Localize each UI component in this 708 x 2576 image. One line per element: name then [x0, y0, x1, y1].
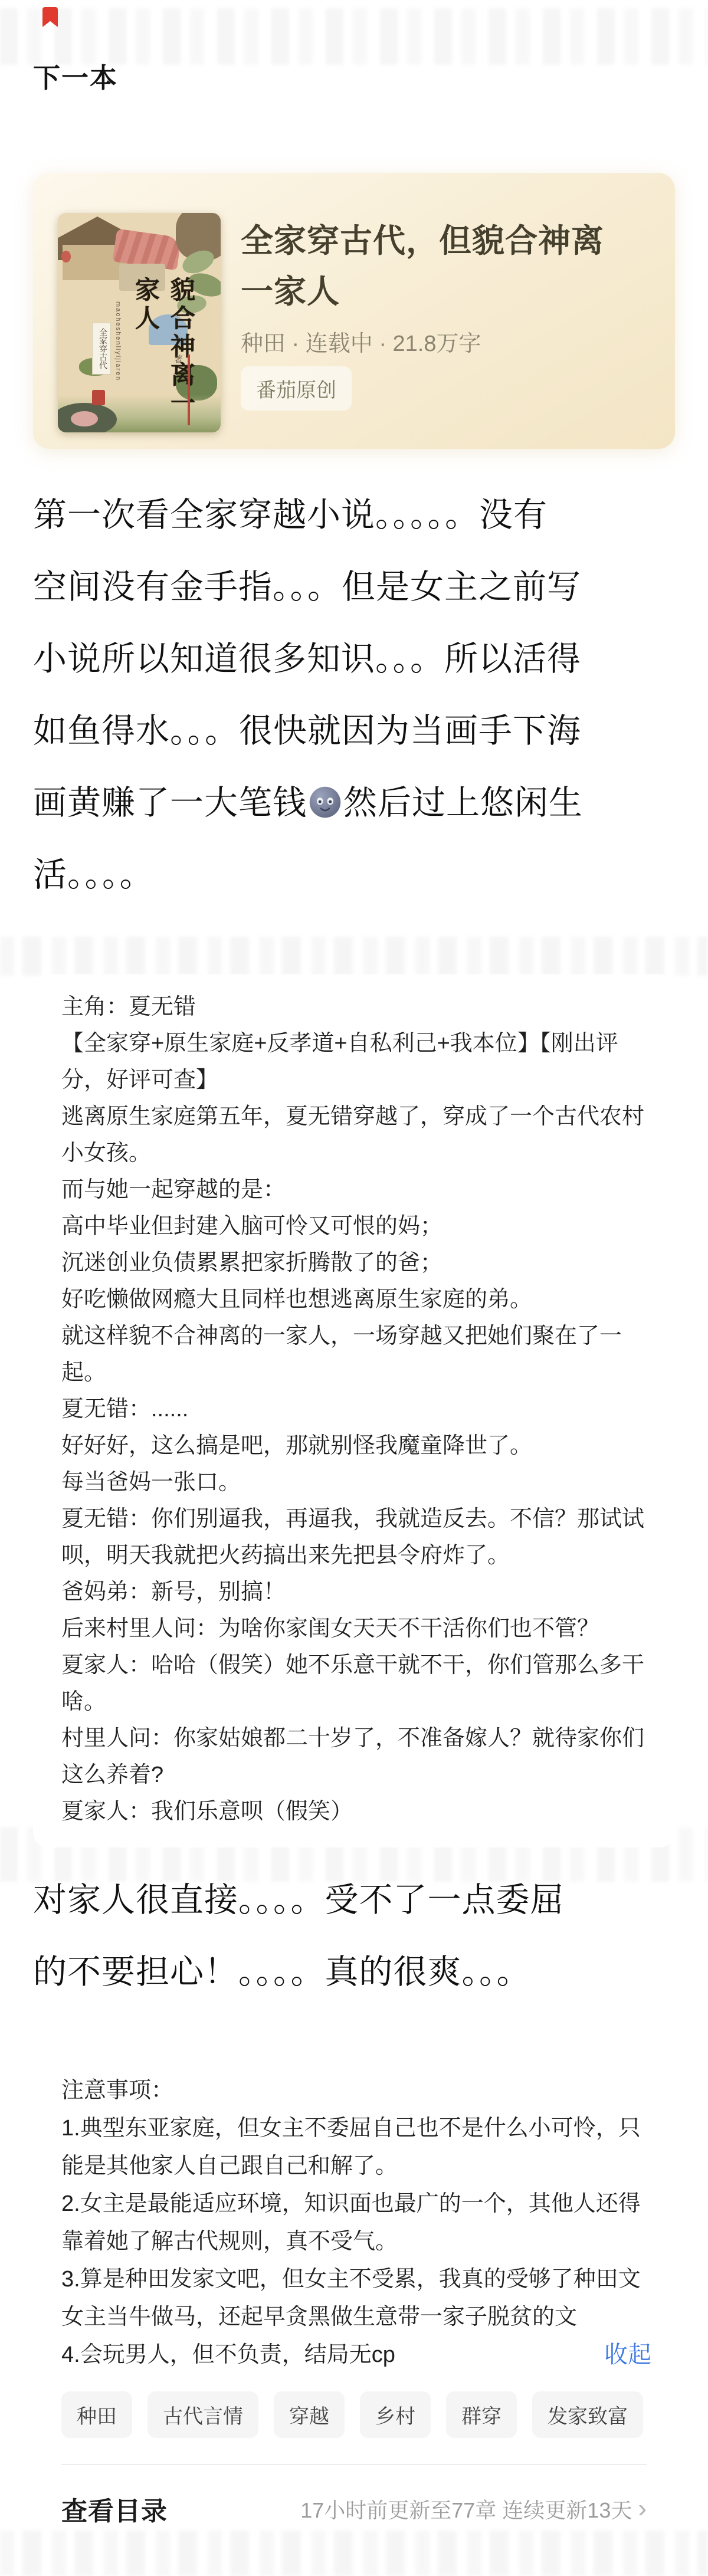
description-paragraph: 沉迷创业负债累累把家折腾散了的爸； [33, 1245, 680, 1281]
note-item: 4.会玩男人，但不负责，结局无cp [61, 2336, 604, 2374]
watermark-band-bottom [0, 2531, 708, 2576]
watermark-band-2 [0, 937, 708, 976]
notes-title: 注意事项： [61, 2072, 651, 2109]
view-catalog-button[interactable]: 查看目录 [61, 2490, 168, 2528]
update-info-text: 17小时前更新至77章 连续更新13天 [300, 2494, 632, 2524]
tag-pill[interactable]: 种田 [61, 2391, 132, 2438]
description-paragraph: 夏家人：我们乐意呗（假笑） [33, 1793, 680, 1830]
review-line: 第一次看全家穿越小说。。。。。没有 [33, 479, 677, 551]
description-paragraph: 爸妈弟：新号，别搞！ [33, 1574, 680, 1610]
review-line: 活。。。。 [33, 839, 677, 911]
note-item: 1.典型东亚家庭，但女主不委屈自己也不是什么小可怜，只能是其他家人自己跟自己和解… [61, 2109, 651, 2185]
review-line: 的不要担心！。。。。真的很爽。。。 [33, 1936, 677, 2008]
chevron-right-icon: › [638, 2498, 647, 2519]
tag-pill[interactable]: 古代言情 [147, 2391, 258, 2438]
description-paragraph: 【全家穿+原生家庭+反孝道+自私利己+我本位】【刚出评分，好评可查】 [33, 1025, 680, 1098]
tag-pill[interactable]: 穿越 [274, 2391, 345, 2438]
note-item: 3.算是种田发家文吧，但女主不受累，我真的受够了种田文女主当牛做马，还起早贪黑做… [61, 2260, 651, 2336]
description-paragraph: 夏无错：...... [33, 1391, 680, 1428]
note-item: 2.女主是最能适应环境，知识面也最广的一个，其他人还得靠着她了解古代规则，真不受… [61, 2185, 651, 2260]
book-cover[interactable]: maoheshenliyijiaren 貌合神离一家人 全家穿古代 著 [58, 213, 221, 432]
description-paragraph: 村里人问：你家姑娘都二十岁了，不准备嫁人？就待家你们这么养着? [33, 1720, 680, 1793]
book-card[interactable]: maoheshenliyijiaren 貌合神离一家人 全家穿古代 著 全家穿古… [33, 173, 675, 449]
origin-badge: 番茄原创 [241, 366, 352, 411]
description-paragraph: 而与她一起穿越的是： [33, 1171, 680, 1208]
tag-list: 种田 古代言情 穿越 乡村 群穿 发家致富 [61, 2391, 647, 2438]
review-line: 小说所以知道很多知识。。。所以活得 [33, 623, 677, 695]
page-title: 下一本 [33, 57, 118, 96]
review-bottom-text: 对家人很直接。。。。受不了一点委屈 的不要担心！。。。。真的很爽。。。 [33, 1864, 677, 2008]
review-line: 画黄赚了一大笔钱然后过上悠闲生 [33, 767, 677, 839]
description-paragraph: 夏家人：哈哈（假笑）她不乐意干就不干，你们管那么多干啥。 [33, 1647, 680, 1720]
cover-red-seal [92, 390, 105, 405]
cover-pig-shape [71, 411, 98, 426]
description-paragraph: 高中毕业但封建入脑可怜又可恨的妈； [33, 1208, 680, 1245]
description-paragraph: 每当爸妈一张口。 [33, 1464, 680, 1501]
collapse-link[interactable]: 收起 [604, 2336, 651, 2374]
cover-author-mark: 著 [172, 355, 190, 425]
cover-side-label: 全家穿古代 [92, 323, 111, 375]
cover-lantern-shape [61, 251, 71, 262]
update-info-row[interactable]: 17小时前更新至77章 连续更新13天 › [300, 2494, 647, 2524]
description-paragraph: 后来村里人问：为啥你家闺女天天不干活你们也不管？ [33, 1610, 680, 1647]
cover-pinyin: maoheshenliyijiaren [114, 301, 122, 381]
book-detail-page: 下一本 maoheshenliyijiaren 貌合神离一家人 全家穿古代 著 [0, 0, 708, 2576]
divider [61, 2464, 647, 2465]
new-moon-face-emoji [309, 786, 342, 819]
description-paragraph: 夏无错：你们别逼我，再逼我，我就造反去。不信？那试试呗，明天我就把火药搞出来先把… [33, 1501, 680, 1574]
notes-card: 注意事项： 1.典型东亚家庭，但女主不委屈自己也不是什么小可怜，只能是其他家人自… [33, 2059, 675, 2528]
tag-pill[interactable]: 群穿 [446, 2391, 517, 2438]
footer-bar: 查看目录 17小时前更新至77章 连续更新13天 › [61, 2480, 647, 2537]
review-top-text: 第一次看全家穿越小说。。。。。没有 空间没有金手指。。。但是女主之前写 小说所以… [33, 479, 677, 911]
review-line: 如鱼得水。。。很快就因为当画手下海 [33, 695, 677, 767]
review-line: 对家人很直接。。。。受不了一点委屈 [33, 1864, 677, 1936]
tag-pill[interactable]: 乡村 [360, 2391, 431, 2438]
description-card: 主角：夏无错 【全家穿+原生家庭+反孝道+自私利己+我本位】【刚出评分，好评可查… [33, 974, 675, 1847]
description-paragraph: 就这样貌不合神离的一家人，一场穿越又把她们聚在了一起。 [33, 1318, 680, 1391]
description-paragraph: 逃离原生家庭第五年，夏无错穿越了，穿成了一个古代农村小女孩。 [33, 1098, 680, 1171]
description-paragraph: 主角：夏无错 [33, 989, 680, 1025]
book-title: 全家穿古代，但貌合神离一家人 [241, 215, 624, 317]
review-line: 空间没有金手指。。。但是女主之前写 [33, 551, 677, 623]
note-item-row: 4.会玩男人，但不负责，结局无cp 收起 [61, 2336, 651, 2374]
book-meta: 种田 · 连载中 · 21.8万字 [241, 325, 481, 357]
description-paragraph: 好吃懒做网瘾大且同样也想逃离原生家庭的弟。 [33, 1281, 680, 1318]
tag-pill[interactable]: 发家致富 [532, 2391, 643, 2438]
description-paragraph: 好好好，这么搞是吧，那就别怪我魔童降世了。 [33, 1428, 680, 1464]
